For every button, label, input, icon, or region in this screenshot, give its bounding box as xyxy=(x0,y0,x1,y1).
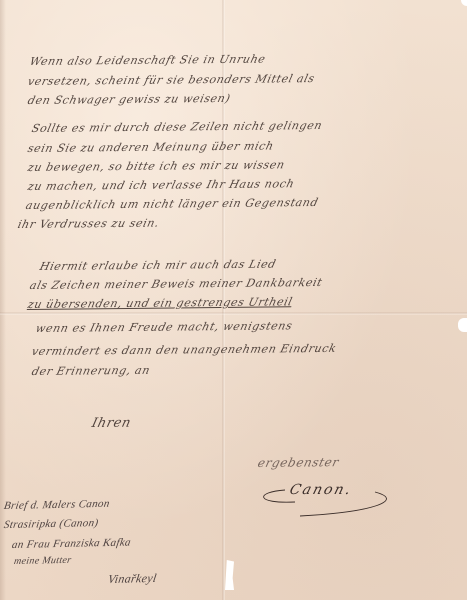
annotation-line: Strasiripka (Canon) xyxy=(3,517,99,531)
torn-corner xyxy=(461,0,467,6)
letter-line: augenblicklich um nicht länger ein Gegen… xyxy=(24,196,319,212)
letter-page: Wenn also Leidenschaft Sie in Unruhe ver… xyxy=(0,0,467,600)
letter-line: versetzen, scheint für sie besonders Mit… xyxy=(26,72,316,88)
letter-line: der Erinnerung, an xyxy=(30,364,151,378)
annotation-text: Brief d. Malers Canon xyxy=(3,498,111,512)
annotation-line: meine Mutter xyxy=(13,555,72,567)
letter-line: zu übersenden, und ein gestrenges Urthei… xyxy=(26,295,294,311)
letter-line: ihr Verdrusses zu sein. xyxy=(16,217,160,231)
letter-line: zu machen, und ich verlasse Ihr Haus noc… xyxy=(26,177,295,193)
letter-line: zu bewegen, so bitte ich es mir zu wisse… xyxy=(26,158,286,174)
letter-line: vermindert es dann den unangenehmen Eind… xyxy=(30,342,337,358)
letter-line: wenn es Ihnen Freude macht, wenigstens xyxy=(34,319,293,335)
letter-line: sein Sie zu anderen Meinung über mich xyxy=(26,139,275,155)
torn-edge-right xyxy=(458,318,467,332)
letter-line: Sollte es mir durch diese Zeilen nicht g… xyxy=(30,119,323,135)
signoff: ergebenster xyxy=(256,455,340,470)
horizontal-fold-crease xyxy=(0,312,467,315)
torn-edge-bottom xyxy=(225,560,234,590)
signature-flourish-icon xyxy=(255,482,405,522)
letter-line: Wenn also Leidenschaft Sie in Unruhe xyxy=(28,53,267,68)
closing-salutation: Ihren xyxy=(90,416,132,431)
annotation-line: an Frau Franziska Kafka xyxy=(11,537,132,551)
letter-line: den Schwager gewiss zu weisen) xyxy=(26,92,231,107)
letter-line: Hiermit erlaube ich mir auch das Lied xyxy=(38,258,277,273)
annotation-line: Brief d. Malers Canon xyxy=(3,498,111,512)
annotation-signature: Vinařkeyl xyxy=(107,571,158,587)
letter-line: als Zeichen meiner Beweis meiner Dankbar… xyxy=(28,276,323,292)
